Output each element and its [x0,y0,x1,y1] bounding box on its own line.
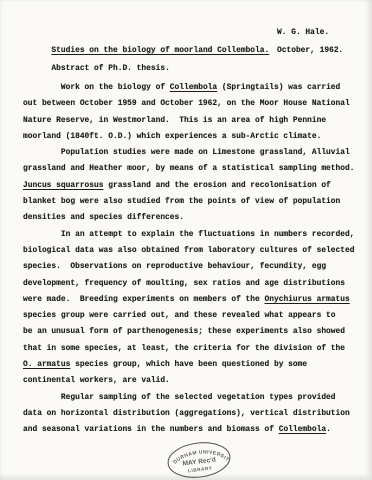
header-line-1: Studies on the biology of moorland Colle… [23,24,362,42]
text-line: species group were carried out, and thes… [23,308,363,324]
document-header: Studies on the biology of moorland Colle… [23,24,362,60]
document-body: Work on the biology of Collembola (Sprin… [23,80,363,439]
text-line: out between October 1959 and October 196… [23,96,363,112]
document-date: October, 1962. [277,42,343,60]
text-line: biological data was also obtained from l… [23,243,363,259]
text-line: development, frequency of moulting, sex … [23,276,363,292]
text-line: Work on the biology of Collembola (Sprin… [23,80,363,96]
library-stamp: DURHAM UNIVERSITY MAY Rec'd LIBRARY [160,435,239,480]
text-line: and seasonal variations in the numbers a… [23,422,363,438]
stamp-library-text: LIBRARY [188,465,213,473]
document-subtitle: Abstract of Ph.D. thesis. [51,64,169,73]
header-line-2: Abstract of Ph.D. thesis. October, 1962. [23,42,362,60]
text-line: were made. Breeding experiments on membe… [23,292,363,308]
text-line: In an attempt to explain the fluctuation… [23,227,363,243]
text-line: densities and species differences. [23,210,363,226]
text-line: Juncus squarrosus grassland and the eros… [23,178,363,194]
text-line: blanket bog were also studied from the p… [23,194,363,210]
text-line: be an unusual form of parthenogenesis; t… [23,324,363,340]
document-page: Studies on the biology of moorland Colle… [0,0,372,480]
text-line: species. Observations on reproductive be… [23,259,363,275]
text-line: that in some species, at least, the crit… [23,341,363,357]
text-line: grassland and Heather moor, by means of … [23,161,363,177]
text-line: data on horizontal distribution (aggrega… [23,406,363,422]
text-line: Population studies were made on Limeston… [23,145,363,161]
text-line: Nature Reserve, in Westmorland. This is … [23,113,363,129]
text-line: continental workers, are valid. [23,373,363,389]
text-line: moorland (1840ft. O.D.) which experience… [23,129,363,145]
text-line: Regular sampling of the selected vegetat… [23,390,363,406]
text-line: O. armatus species group, which have bee… [23,357,363,373]
author-name: W. G. Hale. [277,24,329,42]
